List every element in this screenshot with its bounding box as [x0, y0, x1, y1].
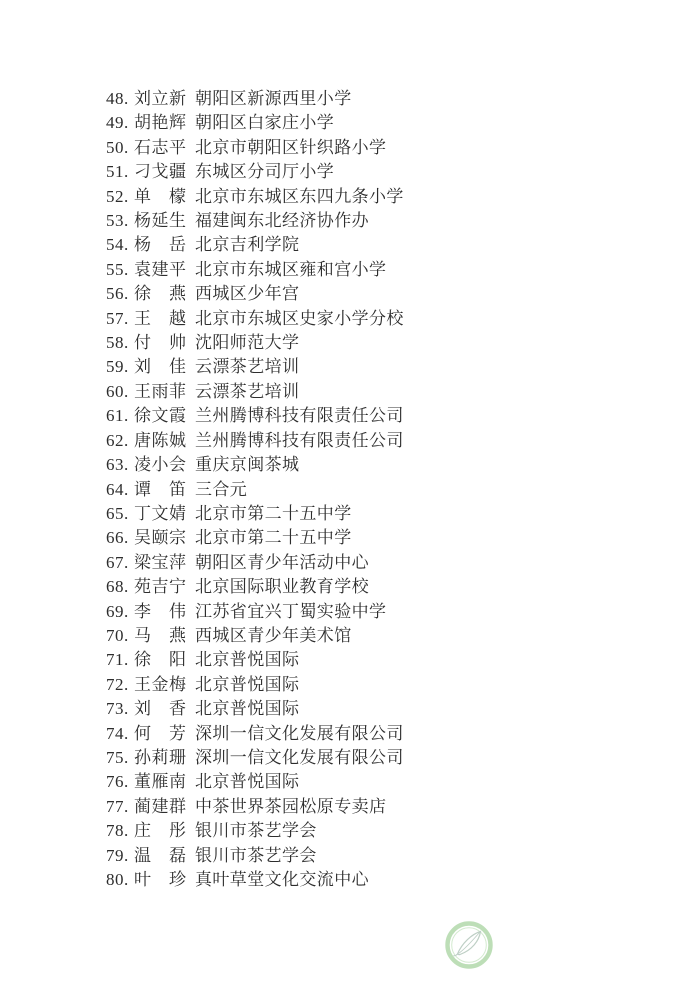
- entry-number: 52.: [106, 187, 134, 207]
- entry-organization: 云漂茶艺培训: [195, 377, 299, 402]
- list-item: 80. 叶珍 真叶草堂文化交流中心: [106, 865, 666, 889]
- entry-organization: 北京国际职业教育学校: [195, 572, 369, 597]
- entry-name: 杨岳: [134, 230, 186, 255]
- list-item: 71. 徐阳 北京普悦国际: [106, 645, 666, 669]
- entry-name: 王越: [134, 304, 186, 329]
- entry-name: 杨延生: [134, 206, 186, 231]
- entry-organization: 银川市茶艺学会: [195, 816, 317, 841]
- entry-number: 69.: [106, 602, 134, 622]
- entry-number: 57.: [106, 309, 134, 329]
- entry-organization: 北京市东城区雍和宫小学: [195, 255, 386, 280]
- list-item: 63. 凌小会 重庆京闽茶城: [106, 450, 666, 474]
- entry-organization: 北京市第二十五中学: [195, 523, 352, 548]
- green-leaf-seal-icon: [444, 919, 494, 971]
- list-item: 69. 李伟 江苏省宜兴丁蜀实验中学: [106, 597, 666, 621]
- entry-name: 单檬: [134, 182, 186, 207]
- entry-name: 吴颐宗: [134, 523, 186, 548]
- entry-organization: 三合元: [195, 475, 247, 500]
- list-item: 53. 杨延生 福建闽东北经济协作办: [106, 206, 666, 230]
- list-item: 79. 温磊 银川市茶艺学会: [106, 841, 666, 865]
- entry-name: 王金梅: [134, 670, 186, 695]
- document-page: 48. 刘立新 朝阳区新源西里小学 49. 胡艳辉 朝阳区白家庄小学 50. 石…: [0, 0, 699, 988]
- list-item: 74. 何芳 深圳一信文化发展有限公司: [106, 719, 666, 743]
- list-item: 72. 王金梅 北京普悦国际: [106, 670, 666, 694]
- entry-number: 49.: [106, 113, 134, 133]
- entry-name: 庄彤: [134, 816, 186, 841]
- entry-organization: 福建闽东北经济协作办: [195, 206, 369, 231]
- entry-organization: 兰州腾博科技有限责任公司: [195, 426, 404, 451]
- entry-organization: 北京普悦国际: [195, 694, 299, 719]
- entry-number: 78.: [106, 821, 134, 841]
- list-item: 64. 谭笛 三合元: [106, 475, 666, 499]
- entry-name: 刁戈疆: [134, 157, 186, 182]
- entry-name: 石志平: [134, 133, 186, 158]
- entry-organization: 真叶草堂文化交流中心: [195, 865, 369, 890]
- list-item: 50. 石志平 北京市朝阳区针织路小学: [106, 133, 666, 157]
- list-item: 55. 袁建平 北京市东城区雍和宫小学: [106, 255, 666, 279]
- entry-number: 58.: [106, 333, 134, 353]
- entry-number: 74.: [106, 724, 134, 744]
- entry-number: 71.: [106, 650, 134, 670]
- entry-number: 59.: [106, 357, 134, 377]
- entry-organization: 云漂茶艺培训: [195, 352, 299, 377]
- entry-organization: 北京市朝阳区针织路小学: [195, 133, 386, 158]
- entry-organization: 重庆京闽茶城: [195, 450, 299, 475]
- entry-name: 胡艳辉: [134, 108, 186, 133]
- list-item: 48. 刘立新 朝阳区新源西里小学: [106, 84, 666, 108]
- entry-name: 梁宝萍: [134, 548, 186, 573]
- list-item: 65. 丁文婧 北京市第二十五中学: [106, 499, 666, 523]
- entry-organization: 西城区青少年美术馆: [195, 621, 352, 646]
- entry-organization: 中茶世界茶园松原专卖店: [195, 792, 386, 817]
- entry-name: 徐阳: [134, 645, 186, 670]
- entry-organization: 朝阳区青少年活动中心: [195, 548, 369, 573]
- list-item: 61. 徐文霞 兰州腾博科技有限责任公司: [106, 401, 666, 425]
- entry-number: 80.: [106, 870, 134, 890]
- list-item: 67. 梁宝萍 朝阳区青少年活动中心: [106, 548, 666, 572]
- list-item: 62. 唐陈娍 兰州腾博科技有限责任公司: [106, 426, 666, 450]
- list-item: 75. 孙莉珊 深圳一信文化发展有限公司: [106, 743, 666, 767]
- entry-number: 72.: [106, 675, 134, 695]
- entry-name: 丁文婧: [134, 499, 186, 524]
- entry-name: 董雁南: [134, 767, 186, 792]
- entry-number: 64.: [106, 480, 134, 500]
- entry-number: 70.: [106, 626, 134, 646]
- list-item: 60. 王雨菲 云漂茶艺培训: [106, 377, 666, 401]
- entry-organization: 银川市茶艺学会: [195, 841, 317, 866]
- list-item: 78. 庄彤 银川市茶艺学会: [106, 816, 666, 840]
- entry-number: 53.: [106, 211, 134, 231]
- entry-number: 63.: [106, 455, 134, 475]
- entry-organization: 北京普悦国际: [195, 767, 299, 792]
- entry-number: 55.: [106, 260, 134, 280]
- list-item: 56. 徐燕 西城区少年宫: [106, 279, 666, 303]
- entry-number: 67.: [106, 553, 134, 573]
- entry-organization: 北京普悦国际: [195, 670, 299, 695]
- entry-name: 李伟: [134, 597, 186, 622]
- entry-name: 刘佳: [134, 352, 186, 377]
- entry-name: 谭笛: [134, 475, 186, 500]
- entry-name: 温磊: [134, 841, 186, 866]
- entry-organization: 深圳一信文化发展有限公司: [195, 743, 404, 768]
- entry-number: 77.: [106, 797, 134, 817]
- list-item: 54. 杨岳 北京吉利学院: [106, 230, 666, 254]
- entry-organization: 兰州腾博科技有限责任公司: [195, 401, 404, 426]
- list-item: 49. 胡艳辉 朝阳区白家庄小学: [106, 108, 666, 132]
- entry-number: 56.: [106, 284, 134, 304]
- entry-organization: 朝阳区白家庄小学: [195, 108, 334, 133]
- entry-organization: 江苏省宜兴丁蜀实验中学: [195, 597, 386, 622]
- entry-name: 徐燕: [134, 279, 186, 304]
- list-item: 59. 刘佳 云漂茶艺培训: [106, 352, 666, 376]
- entry-number: 66.: [106, 528, 134, 548]
- entry-number: 76.: [106, 772, 134, 792]
- entry-name: 付帅: [134, 328, 186, 353]
- entry-number: 62.: [106, 431, 134, 451]
- list-item: 76. 董雁南 北京普悦国际: [106, 767, 666, 791]
- entry-name: 叶珍: [134, 865, 186, 890]
- entry-organization: 沈阳师范大学: [195, 328, 299, 353]
- list-item: 77. 蔺建群 中茶世界茶园松原专卖店: [106, 792, 666, 816]
- entry-name: 袁建平: [134, 255, 186, 280]
- list-item: 58. 付帅 沈阳师范大学: [106, 328, 666, 352]
- entry-organization: 西城区少年宫: [195, 279, 299, 304]
- list-item: 66. 吴颐宗 北京市第二十五中学: [106, 523, 666, 547]
- entry-name: 孙莉珊: [134, 743, 186, 768]
- entry-number: 61.: [106, 406, 134, 426]
- entry-name: 马燕: [134, 621, 186, 646]
- list-item: 73. 刘香 北京普悦国际: [106, 694, 666, 718]
- entry-organization: 北京市东城区史家小学分校: [195, 304, 404, 329]
- entry-number: 65.: [106, 504, 134, 524]
- entry-name: 刘立新: [134, 84, 186, 109]
- entry-name: 何芳: [134, 719, 186, 744]
- entry-organization: 北京市东城区东四九条小学: [195, 182, 404, 207]
- entry-number: 50.: [106, 138, 134, 158]
- list-item: 51. 刁戈疆 东城区分司厅小学: [106, 157, 666, 181]
- entry-name: 唐陈娍: [134, 426, 186, 451]
- entry-name: 徐文霞: [134, 401, 186, 426]
- entry-organization: 北京吉利学院: [195, 230, 299, 255]
- list-item: 68. 苑吉宁 北京国际职业教育学校: [106, 572, 666, 596]
- list-item: 57. 王越 北京市东城区史家小学分校: [106, 304, 666, 328]
- entry-organization: 北京普悦国际: [195, 645, 299, 670]
- entry-number: 68.: [106, 577, 134, 597]
- list-item: 70. 马燕 西城区青少年美术馆: [106, 621, 666, 645]
- entry-number: 54.: [106, 235, 134, 255]
- entry-number: 73.: [106, 699, 134, 719]
- entry-number: 51.: [106, 162, 134, 182]
- entry-name: 苑吉宁: [134, 572, 186, 597]
- entry-organization: 北京市第二十五中学: [195, 499, 352, 524]
- entry-name: 蔺建群: [134, 792, 186, 817]
- entry-name: 刘香: [134, 694, 186, 719]
- entry-organization: 东城区分司厅小学: [195, 157, 334, 182]
- entry-number: 79.: [106, 846, 134, 866]
- list-item: 52. 单檬 北京市东城区东四九条小学: [106, 182, 666, 206]
- attendee-list: 48. 刘立新 朝阳区新源西里小学 49. 胡艳辉 朝阳区白家庄小学 50. 石…: [106, 84, 666, 889]
- entry-name: 凌小会: [134, 450, 186, 475]
- entry-organization: 深圳一信文化发展有限公司: [195, 719, 404, 744]
- entry-name: 王雨菲: [134, 377, 186, 402]
- entry-organization: 朝阳区新源西里小学: [195, 84, 352, 109]
- entry-number: 75.: [106, 748, 134, 768]
- entry-number: 48.: [106, 89, 134, 109]
- entry-number: 60.: [106, 382, 134, 402]
